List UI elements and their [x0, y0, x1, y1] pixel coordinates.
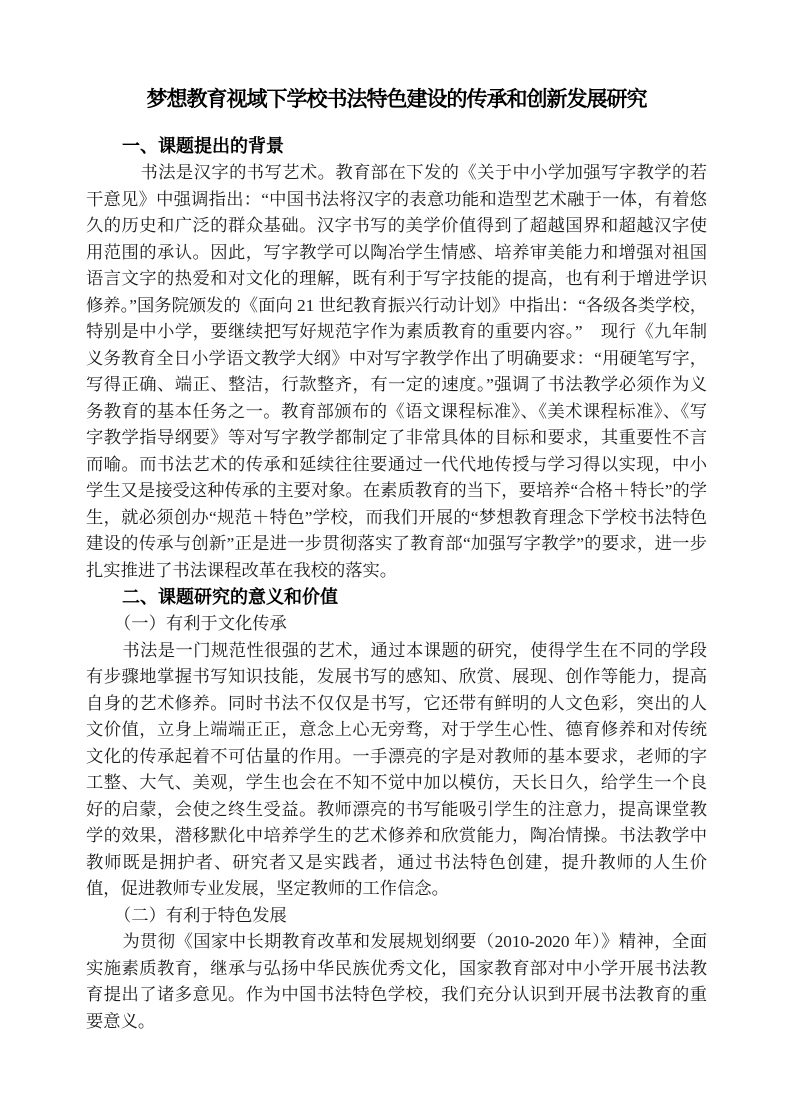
section-heading-background: 一、课题提出的背景 — [86, 133, 707, 160]
document-title: 梦想教育视域下学校书法特色建设的传承和创新发展研究 — [86, 84, 707, 115]
paragraph-background: 书法是汉字的书写艺术。教育部在下发的《关于中小学加强写字教学的若干意见》中强调指… — [86, 160, 707, 584]
subsection-heading-cultural-inheritance: （一）有利于文化传承 — [86, 611, 707, 638]
section-heading-significance: 二、课题研究的意义和价值 — [86, 584, 707, 611]
paragraph-cultural-inheritance: 书法是一门规范性很强的艺术，通过本课题的研究，使得学生在不同的学段有步骤地掌握书… — [86, 638, 707, 903]
document-page: 梦想教育视域下学校书法特色建设的传承和创新发展研究 一、课题提出的背景 书法是汉… — [0, 0, 794, 1108]
subsection-heading-characteristic-development: （二）有利于特色发展 — [86, 903, 707, 930]
paragraph-characteristic-development: 为贯彻《国家中长期教育改革和发展规划纲要（2010-2020 年）》精神，全面实… — [86, 929, 707, 1035]
